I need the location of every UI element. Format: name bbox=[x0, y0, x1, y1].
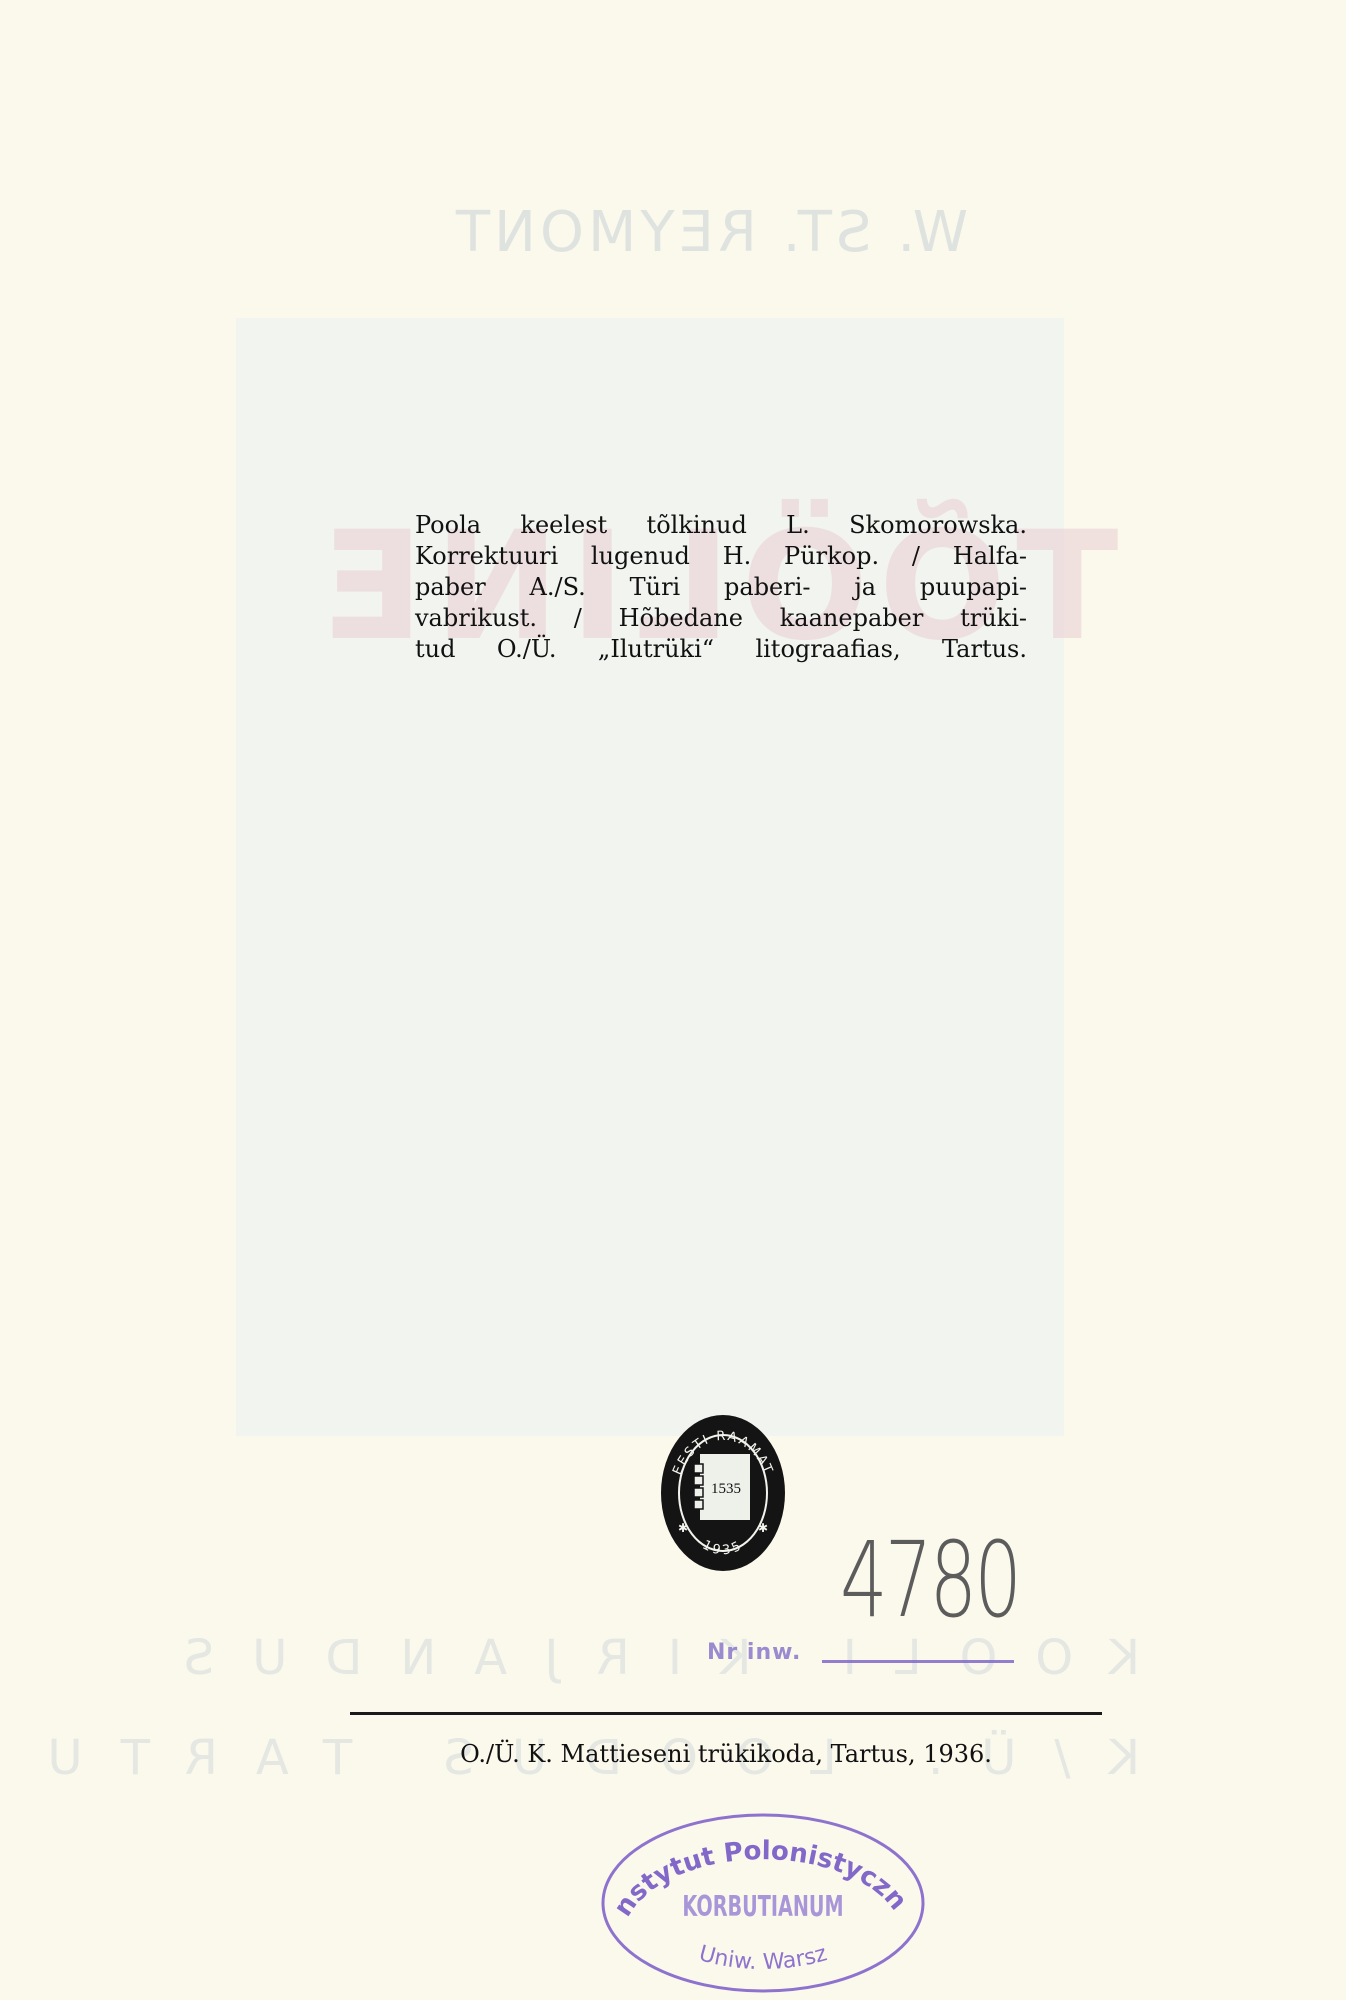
stamp-center-text: KORBUTIANUM bbox=[682, 1889, 843, 1923]
divider-rule bbox=[350, 1712, 1102, 1715]
imprint-line: Poola keelest tõlkinud L. Skomorowska. bbox=[415, 510, 1027, 541]
stamp-bottom-text: Uniw. Warsz bbox=[696, 1941, 830, 1975]
star-icon: ✱ bbox=[678, 1521, 688, 1535]
imprint-line: paber A./S. Türi paberi- ja puupapi- bbox=[415, 572, 1027, 603]
library-stamp-icon: Instytut Polonistyczny KORBUTIANUM Uniw.… bbox=[598, 1808, 928, 1998]
cover-show-through-panel bbox=[236, 318, 1064, 1436]
imprint-line: tud O./Ü. „Ilutrüki“ litograafias, Tartu… bbox=[415, 634, 1027, 665]
show-through-author: W. ST. REYMONT bbox=[420, 200, 1000, 265]
inventory-stamp-line bbox=[822, 1660, 1014, 1663]
svg-text:Uniw. Warsz: Uniw. Warsz bbox=[696, 1941, 830, 1975]
printer-credit: O./Ü. K. Mattieseni trükikoda, Tartus, 1… bbox=[350, 1740, 1102, 1768]
star-icon: ✱ bbox=[758, 1521, 768, 1535]
handwritten-inventory-number: 4780 bbox=[840, 1528, 1019, 1632]
emblem-center-text: 1535 bbox=[711, 1481, 741, 1497]
imprint-line: vabrikust. / Hõbedane kaanepaber trüki- bbox=[415, 603, 1027, 634]
inventory-stamp-label: Nr inw. bbox=[707, 1640, 801, 1665]
imprint-line: Korrektuuri lugenud H. Pürkop. / Halfa- bbox=[415, 541, 1027, 572]
imprint-block: Poola keelest tõlkinud L. Skomorowska. K… bbox=[415, 510, 1027, 665]
eesti-raamat-emblem-icon: 1535 EESTI RAAMAT 1935 ✱ ✱ bbox=[660, 1414, 786, 1572]
